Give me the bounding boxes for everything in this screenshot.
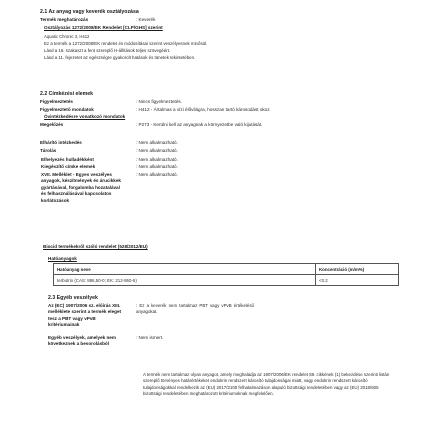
hazard-statements-value: : H412 - Ártalmas a vízi élővilágra, hos… bbox=[136, 107, 271, 112]
annex-xvii-value: : Nem alkalmazható. bbox=[136, 172, 178, 177]
other-hazards-value: : Nem ismert. bbox=[136, 335, 163, 340]
precaution-label: Tárolás bbox=[40, 148, 56, 153]
endocrine-disruptor-text: A termék nem tartalmaz olyan anyagot, am… bbox=[143, 372, 393, 397]
precaution-label: Elhelyezés hulladékként bbox=[41, 157, 94, 162]
precaution-value: : Nem alkalmazható. bbox=[136, 164, 178, 169]
table-row: terbutrin (CAS: 886,50-0; EK: 212-950-5)… bbox=[54, 275, 399, 286]
precaution-value: : Nem alkalmazható. bbox=[136, 157, 178, 162]
annex-xvii-label: XVII. Melléklet - Egyes veszélyes anyago… bbox=[41, 172, 123, 204]
precaution-label: Kiegészítő címke elemek bbox=[41, 164, 95, 169]
clp-heading: Osztályozás 1272/2008/EK Rendelet [CLP/G… bbox=[44, 25, 163, 30]
classification-line: Ez a termék a 1272/2008/EK rendelet és m… bbox=[44, 41, 207, 46]
table-header-name: Hatóanyag neve bbox=[54, 264, 316, 275]
hazard-statements-label: Figyelmeztető mondatok bbox=[40, 107, 94, 112]
section-2-3-title: 2.3 Egyéb veszélyek bbox=[48, 295, 98, 301]
substance-concentration: <0.2 bbox=[316, 275, 399, 286]
precaution-heading: Óvintézkedésre vonatkozó mondatok bbox=[44, 114, 125, 119]
product-label: Termék meghatározás bbox=[40, 17, 88, 22]
substance-name: terbutrin (CAS: 886,50-0; EK: 212-950-5) bbox=[54, 275, 316, 286]
table-header-concentration: Koncentráció (m/m%) bbox=[316, 264, 399, 275]
table-header-row: Hatóanyag neve Koncentráció (m/m%) bbox=[54, 264, 399, 275]
signal-word-label: Figyelmeztetés bbox=[40, 99, 73, 104]
section-2-2-title: 2.2 Címkézési elemek bbox=[40, 91, 93, 97]
precaution-value: : Nem alkalmazható. bbox=[136, 140, 178, 145]
precaution-label: Elhárító intézkedés bbox=[40, 140, 82, 145]
pbt-label: Az (EC) 1907/2006 sz. előírás XIII. mell… bbox=[48, 303, 126, 329]
product-value: : Keverék bbox=[136, 17, 155, 22]
precaution-value: : P273 - Kerülni kell az anyagnak a körn… bbox=[136, 122, 262, 127]
active-substances-heading: Hatóanyagok bbox=[48, 256, 77, 261]
classification-line: Lásd a 16. szakaszt a fent szereplő H-ál… bbox=[44, 48, 170, 53]
signal-word-value: : Nincs figyelmeztetés. bbox=[136, 99, 182, 104]
classification: Aquatic Chronic 3, H412 bbox=[44, 34, 89, 39]
biocid-heading: Biocid termékekről szóló rendelet (528/2… bbox=[43, 244, 148, 249]
classification-line: Lásd a 11. fejezetet az egészségre gyako… bbox=[44, 55, 195, 60]
other-hazards-label: Egyéb veszélyek, amelyek nem következnek… bbox=[48, 335, 128, 348]
precaution-value: : Nem alkalmazható. bbox=[136, 148, 178, 153]
pbt-value: : Ez a keverék nem tartalmaz PBT vagy vP… bbox=[136, 303, 254, 316]
section-2-1-title: 2.1 Az anyag vagy keverék osztályozása bbox=[40, 9, 139, 15]
active-substances-table: Hatóanyag neve Koncentráció (m/m%) terbu… bbox=[53, 263, 399, 286]
precaution-label: Megelőzés bbox=[40, 122, 63, 127]
